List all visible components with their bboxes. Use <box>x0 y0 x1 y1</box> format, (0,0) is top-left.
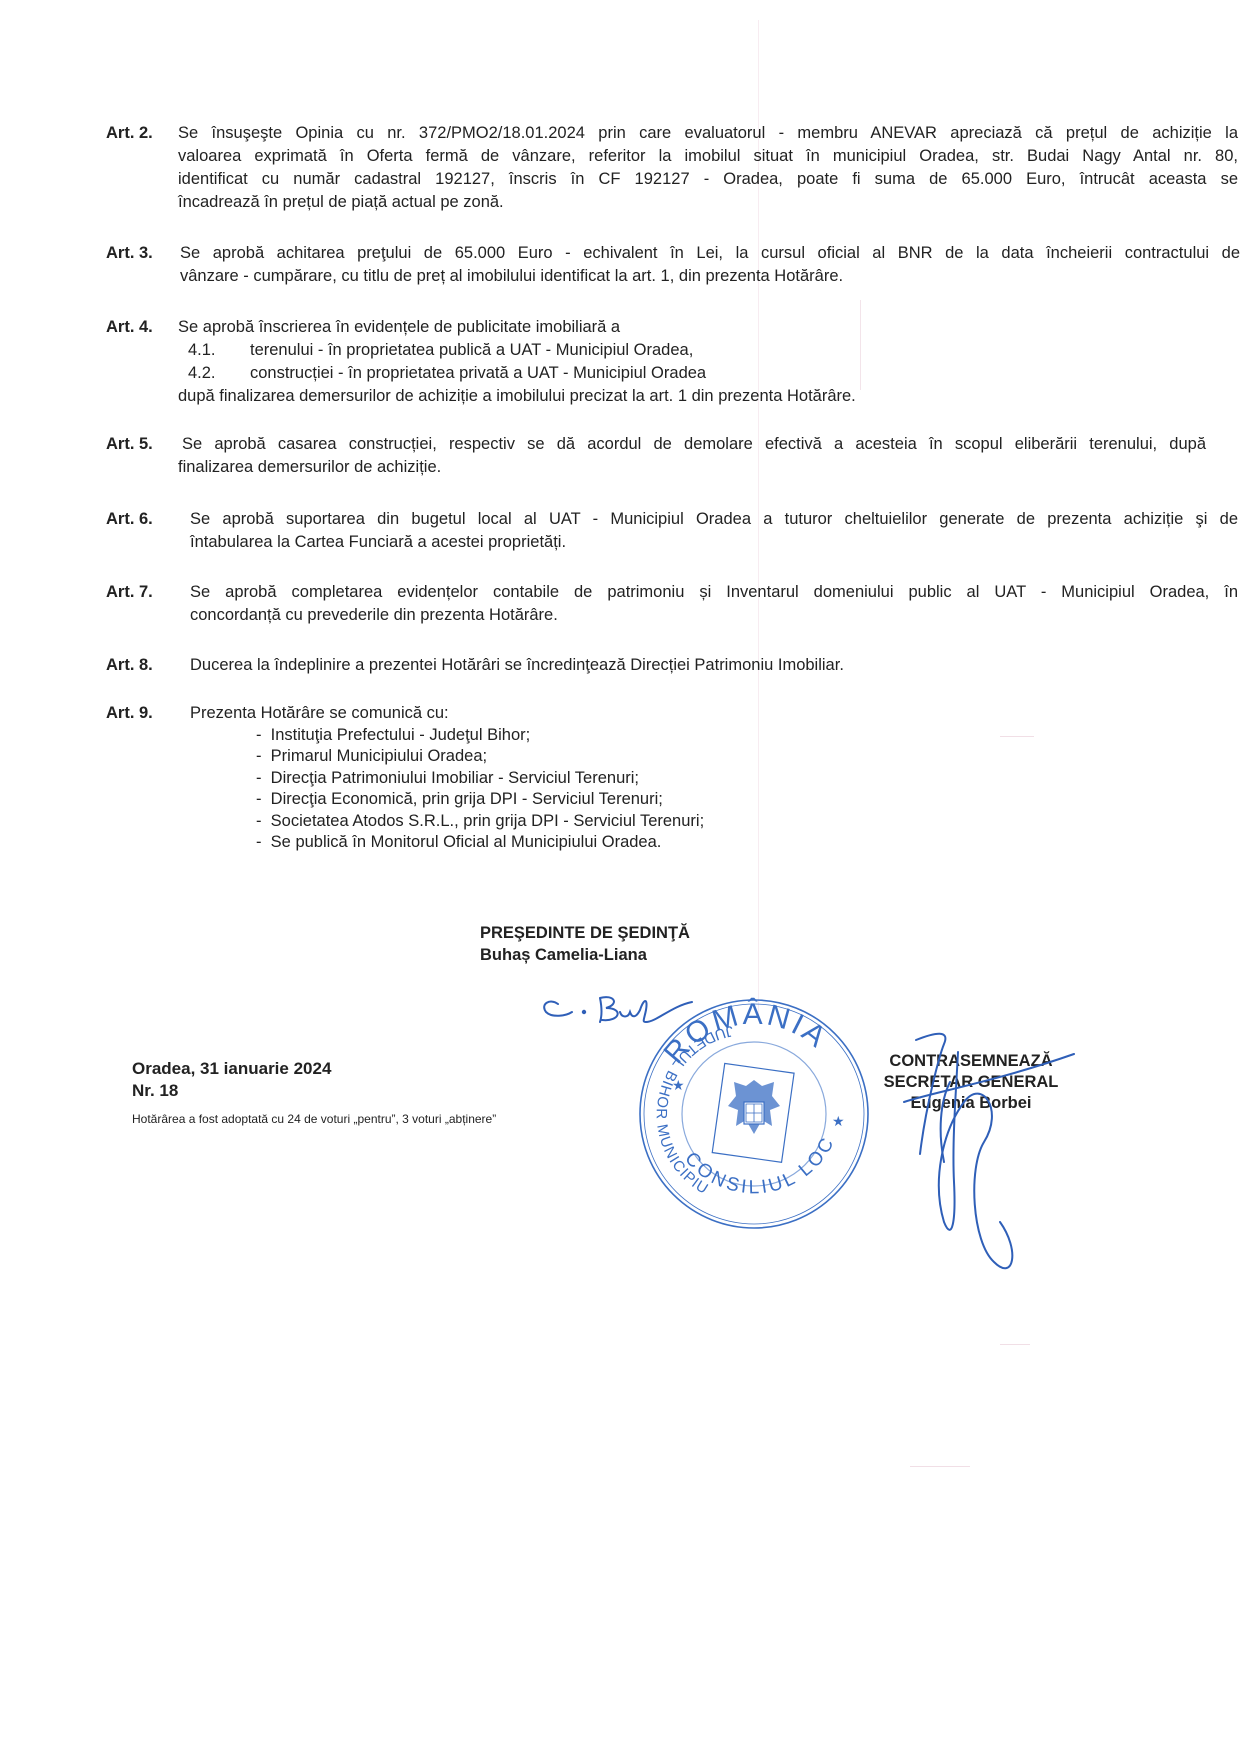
article-body: finalizarea demersurilor de achiziție. <box>178 456 1238 479</box>
vote-note: Hotărârea a fost adoptată cu 24 de votur… <box>132 1112 496 1126</box>
recipient-item: Se publică în Monitorul Oficial al Munic… <box>256 832 1090 854</box>
scan-artifact-line <box>910 1466 970 1467</box>
president-name: Buhaș Camelia-Liana <box>480 944 690 966</box>
svg-text:★: ★ <box>672 1077 685 1093</box>
article-body: Se aprobă completarea evidențelor contab… <box>190 581 1238 627</box>
article-line: Se aprobă casarea construcției, respecti… <box>182 433 1206 456</box>
article-line: Se aprobă achitarea preţului de 65.000 E… <box>180 242 1240 265</box>
article-label: Art. 9. <box>106 703 176 725</box>
place-date: Oradea, 31 ianuarie 2024 <box>132 1058 331 1080</box>
article-intro: Prezenta Hotărâre se comunică cu: <box>190 703 1090 725</box>
article-body: Se aprobă achitarea preţului de 65.000 E… <box>180 242 1240 288</box>
president-title: PREŞEDINTE DE ŞEDINŢĂ <box>480 922 690 944</box>
recipient-item: Primarul Municipiului Oradea; <box>256 746 1090 768</box>
article-line: Ducerea la îndeplinire a prezentei Hotăr… <box>190 654 1240 677</box>
article-line: Se aprobă suportarea din bugetul local a… <box>190 508 1238 531</box>
article-line: Se însuşeşte Opinia cu nr. 372/PMO2/18.0… <box>178 122 1238 145</box>
place-date-block: Oradea, 31 ianuarie 2024 Nr. 18 <box>132 1058 331 1102</box>
secretary-signature-icon <box>846 1012 1086 1282</box>
sub-item-number: 4.1. <box>178 339 250 362</box>
article-intro: Se aprobă înscrierea în evidențele de pu… <box>178 316 1078 339</box>
decision-number: Nr. 18 <box>132 1080 331 1102</box>
article-line: finalizarea demersurilor de achiziție. <box>178 456 1238 479</box>
scan-artifact-line <box>1000 736 1034 737</box>
sub-item-text: terenului - în proprietatea publică a UA… <box>250 341 693 359</box>
scan-artifact-line <box>1000 1344 1030 1345</box>
article-label: Art. 5. <box>106 433 176 456</box>
president-block: PREŞEDINTE DE ŞEDINŢĂ Buhaș Camelia-Lian… <box>480 922 690 966</box>
article-line: concordanță cu prevederile din prezenta … <box>190 604 1238 627</box>
recipient-list: Instituţia Prefectului - Judeţul Bihor; … <box>190 725 1090 854</box>
sub-item: 4.2.construcției - în proprietatea priva… <box>178 362 1078 385</box>
article-line: vânzare - cumpărare, cu titlu de preț al… <box>180 265 1240 288</box>
document-page: Art. 2. Se însuşeşte Opinia cu nr. 372/P… <box>0 0 1240 1754</box>
article-line: identificat cu număr cadastral 192127, î… <box>178 168 1238 191</box>
article-body: Se aprobă casarea construcției, respecti… <box>182 433 1206 456</box>
article-body: Ducerea la îndeplinire a prezentei Hotăr… <box>190 654 1240 677</box>
article-outro: după finalizarea demersurilor de achiziț… <box>178 385 1078 408</box>
svg-text:★: ★ <box>832 1113 845 1129</box>
article-line: valoarea exprimată în Oferta fermă de vâ… <box>178 145 1238 168</box>
sub-item-text: construcției - în proprietatea privată a… <box>250 364 706 382</box>
article-label: Art. 3. <box>106 242 176 265</box>
article-body: Se aprobă înscrierea în evidențele de pu… <box>178 316 1078 408</box>
sub-item-number: 4.2. <box>178 362 250 385</box>
recipient-item: Direcţia Economică, prin grija DPI - Ser… <box>256 789 1090 811</box>
article-body: Se aprobă suportarea din bugetul local a… <box>190 508 1238 554</box>
article-line: Se aprobă completarea evidențelor contab… <box>190 581 1238 604</box>
article-label: Art. 7. <box>106 581 176 604</box>
article-line: întabularea la Cartea Funciară a acestei… <box>190 531 1238 554</box>
recipient-item: Direcţia Patrimoniului Imobiliar - Servi… <box>256 768 1090 790</box>
article-label: Art. 4. <box>106 316 176 339</box>
sub-item: 4.1.terenului - în proprietatea publică … <box>178 339 1078 362</box>
article-line: încadrează în prețul de piață actual pe … <box>178 191 1238 214</box>
recipient-item: Instituţia Prefectului - Judeţul Bihor; <box>256 725 1090 747</box>
article-label: Art. 6. <box>106 508 176 531</box>
recipient-item: Societatea Atodos S.R.L., prin grija DPI… <box>256 811 1090 833</box>
article-label: Art. 8. <box>106 654 176 677</box>
article-body: Se însuşeşte Opinia cu nr. 372/PMO2/18.0… <box>178 122 1238 214</box>
president-signature-icon <box>536 990 696 1040</box>
article-label: Art. 2. <box>106 122 176 145</box>
article-body: Prezenta Hotărâre se comunică cu: Instit… <box>190 703 1090 854</box>
